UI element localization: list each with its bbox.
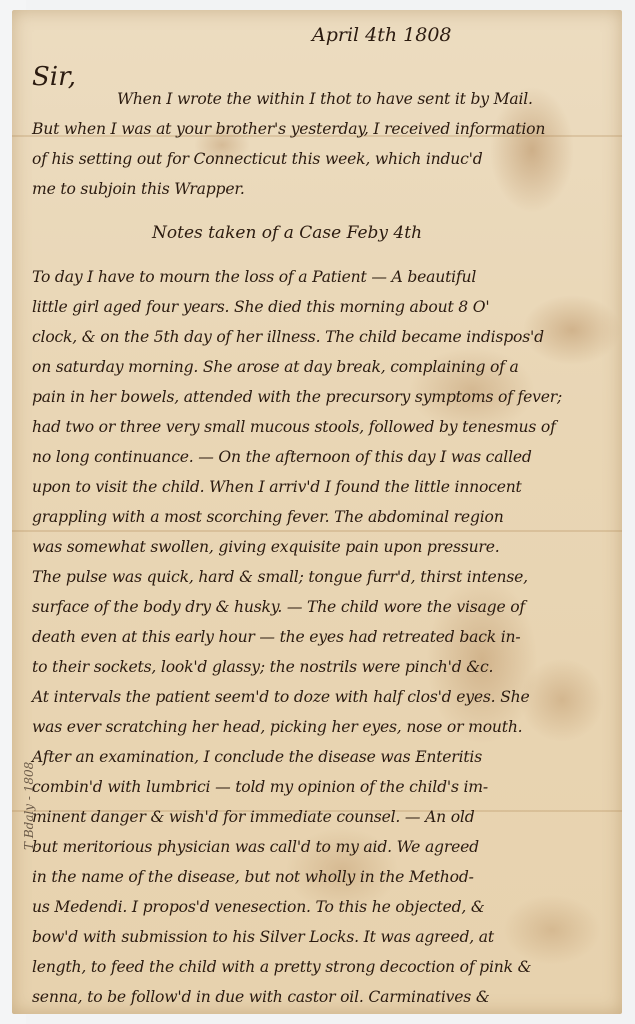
- notes-line: length, to feed the child with a pretty …: [32, 958, 635, 976]
- notes-line: no long continuance. — On the afternoon …: [32, 448, 635, 466]
- notes-line: was ever scratching her head, picking he…: [32, 718, 635, 736]
- notes-line: in the name of the disease, but not whol…: [32, 868, 635, 886]
- notes-line: surface of the body dry & husky. — The c…: [32, 598, 635, 616]
- letter-date: April 4th 1808: [312, 24, 635, 46]
- notes-line: on saturday morning. She arose at day br…: [32, 358, 635, 376]
- notes-line: At intervals the patient seem'd to doze …: [32, 688, 635, 706]
- notes-line: but meritorious physician was call'd to …: [32, 838, 635, 856]
- salutation: Sir,: [32, 62, 635, 92]
- notes-line: had two or three very small mucous stool…: [32, 418, 635, 436]
- cover-note-line: But when I was at your brother's yesterd…: [32, 120, 635, 138]
- margin-annotation: T Bdaly - 1808: [22, 762, 36, 850]
- notes-line: little girl aged four years. She died th…: [32, 298, 635, 316]
- cover-note-line: me to subjoin this Wrapper.: [32, 180, 635, 198]
- letter-page: April 4th 1808 Sir, When I wrote the wit…: [12, 10, 622, 1014]
- notes-line: bow'd with submission to his Silver Lock…: [32, 928, 635, 946]
- notes-line: senna, to be follow'd in due with castor…: [32, 988, 635, 1006]
- notes-line: clock, & on the 5th day of her illness. …: [32, 328, 635, 346]
- cover-note-line: When I wrote the within I thot to have s…: [117, 90, 635, 108]
- notes-line: After an examination, I conclude the dis…: [32, 748, 635, 766]
- notes-heading: Notes taken of a Case Feby 4th: [152, 223, 635, 243]
- notes-line: To day I have to mourn the loss of a Pat…: [32, 268, 635, 286]
- notes-line: The pulse was quick, hard & small; tongu…: [32, 568, 635, 586]
- notes-line: us Medendi. I propos'd venesection. To t…: [32, 898, 635, 916]
- notes-line: to their sockets, look'd glassy; the nos…: [32, 658, 635, 676]
- notes-line: combin'd with lumbrici — told my opinion…: [32, 778, 635, 796]
- cover-note-line: of his setting out for Connecticut this …: [32, 150, 635, 168]
- notes-line: pain in her bowels, attended with the pr…: [32, 388, 635, 406]
- notes-line: grappling with a most scorching fever. T…: [32, 508, 635, 526]
- notes-line: minent danger & wish'd for immediate cou…: [32, 808, 635, 826]
- notes-line: was somewhat swollen, giving exquisite p…: [32, 538, 635, 556]
- notes-line: upon to visit the child. When I arriv'd …: [32, 478, 635, 496]
- fold-line: [12, 530, 622, 532]
- notes-line: death even at this early hour — the eyes…: [32, 628, 635, 646]
